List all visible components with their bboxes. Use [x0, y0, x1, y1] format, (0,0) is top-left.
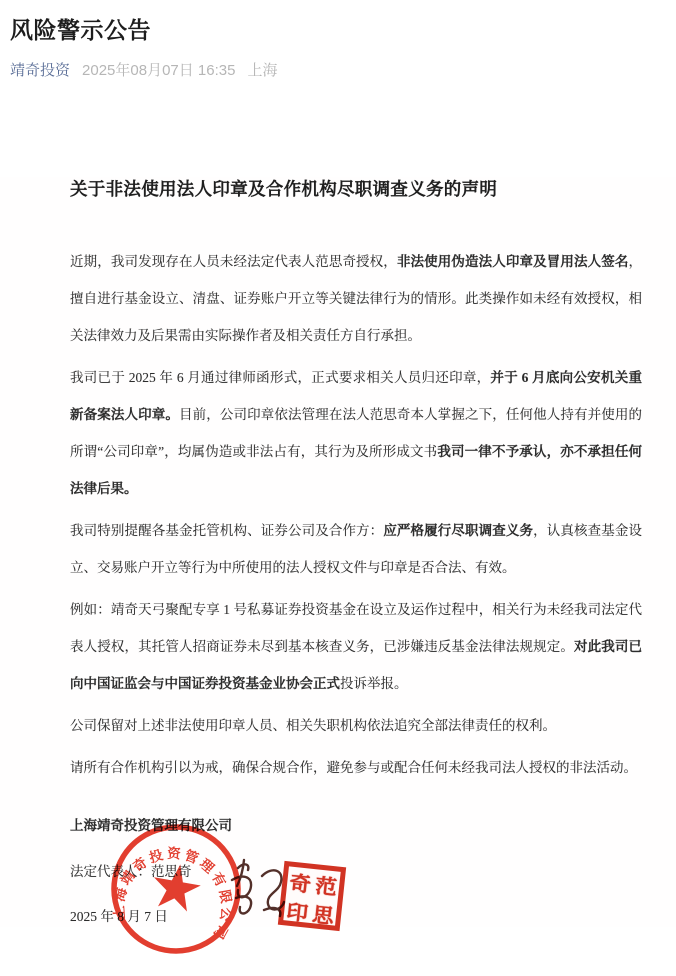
article-page: 风险警示公告 靖奇投资2025年08月07日 16:35上海 关于非法使用法人印…: [0, 0, 676, 976]
document-paragraph: 我司已于 2025 年 6 月通过律师函形式，正式要求相关人员归还印章，并于 6…: [70, 359, 642, 507]
article-title: 风险警示公告: [10, 15, 664, 45]
document-paragraph: 请所有合作机构引以为戒，确保合规合作，避免参与或配合任何未经我司法人授权的非法活…: [70, 749, 642, 786]
document-paragraph: 例如：靖奇天弓聚配专享 1 号私募证券投资基金在设立及运作过程中，相关行为未经我…: [70, 591, 642, 702]
document-image[interactable]: 关于非法使用法人印章及合作机构尽职调查义务的声明 近期，我司发现存在人员未经法定…: [0, 177, 676, 927]
document-paragraph: 近期，我司发现存在人员未经法定代表人范思奇授权，非法使用伪造法人印章及冒用法人签…: [70, 243, 642, 354]
handwritten-signature-icon: [224, 852, 320, 938]
document-heading: 关于非法使用法人印章及合作机构尽职调查义务的声明: [70, 177, 642, 201]
publish-date: 2025年08月07日 16:35: [82, 62, 235, 79]
publish-location: 上海: [247, 62, 277, 79]
document-paragraph: 公司保留对上述非法使用印章人员、相关失职机构依法追究全部法律责任的权利。: [70, 707, 642, 744]
article-meta: 靖奇投资2025年08月07日 16:35上海: [10, 60, 664, 81]
account-link[interactable]: 靖奇投资: [10, 62, 70, 79]
document-paragraph: 我司特别提醒各基金托管机构、证券公司及合作方：应严格履行尽职调查义务，认真核查基…: [70, 512, 642, 586]
article-header: 风险警示公告 靖奇投资2025年08月07日 16:35上海: [0, 0, 676, 81]
document-paragraphs: 近期，我司发现存在人员未经法定代表人范思奇授权，非法使用伪造法人印章及冒用法人签…: [70, 243, 642, 786]
